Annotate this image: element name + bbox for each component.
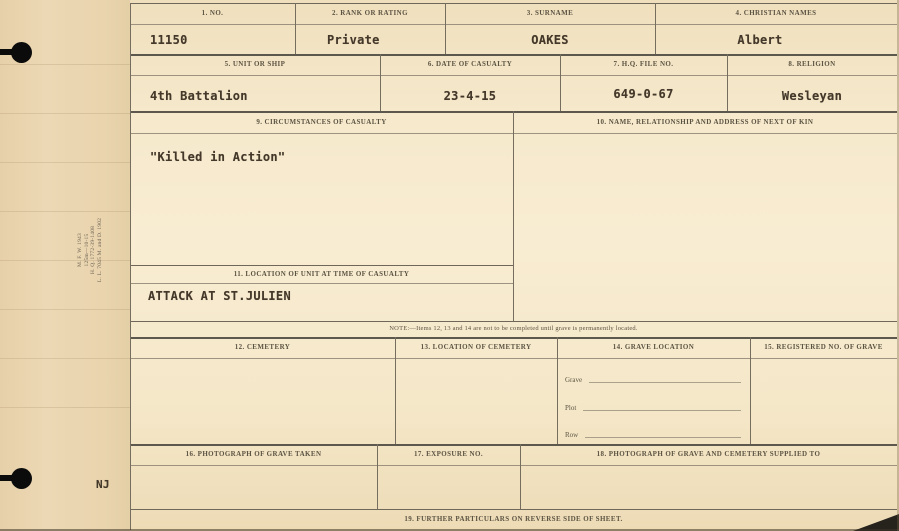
field-religion-label: 8. RELIGION bbox=[727, 60, 897, 68]
rule bbox=[130, 465, 897, 466]
rule bbox=[130, 265, 513, 266]
completion-note: NOTE:—Items 12, 13 and 14 are not to be … bbox=[130, 325, 897, 332]
rule bbox=[130, 444, 897, 446]
field-circumstances-label: 9. CIRCUMSTANCES OF CASUALTY bbox=[130, 118, 513, 126]
field-cemetery-location-label: 13. LOCATION OF CEMETERY bbox=[395, 343, 557, 351]
field-religion-value: Wesleyan bbox=[727, 89, 897, 103]
punch-hole-bottom bbox=[11, 468, 32, 489]
rule bbox=[130, 75, 897, 76]
field-unit-location-value: ATTACK AT ST.JULIEN bbox=[148, 289, 291, 303]
scan-artifact-line bbox=[0, 407, 131, 408]
field-christian-names-label: 4. CHRISTIAN NAMES bbox=[655, 9, 897, 17]
grave-fill-line bbox=[589, 382, 741, 383]
plot-fill-line bbox=[583, 410, 741, 411]
scanned-card: M. F. W. 1943 125m—10-15 H. Q. 1772-39-1… bbox=[0, 0, 899, 531]
scan-artifact-line bbox=[0, 309, 131, 310]
field-registered-no-label: 15. REGISTERED NO. OF GRAVE bbox=[750, 343, 897, 351]
scan-artifact-line bbox=[0, 64, 131, 65]
field-date-of-casualty-value: 23-4-15 bbox=[380, 89, 560, 103]
field-photo-taken-label: 16. PHOTOGRAPH OF GRAVE TAKEN bbox=[130, 450, 377, 458]
row-fill-line bbox=[585, 437, 741, 438]
form-code-line: L. L. 7045 M. and D. 1902 bbox=[97, 200, 104, 300]
footer-line: 19. FURTHER PARTICULARS ON REVERSE SIDE … bbox=[130, 515, 897, 523]
field-surname-value: OAKES bbox=[445, 33, 655, 47]
field-rank-value: Private bbox=[327, 33, 380, 47]
scan-artifact-line bbox=[0, 113, 131, 114]
field-circumstances-value: "Killed in Action" bbox=[150, 150, 285, 164]
rule bbox=[130, 54, 897, 56]
rule bbox=[130, 509, 897, 510]
field-unit-value: 4th Battalion bbox=[150, 89, 248, 103]
rule bbox=[130, 24, 897, 25]
field-no-value: 11150 bbox=[150, 33, 188, 47]
rule bbox=[130, 283, 513, 284]
field-hq-file-no-value: 649-0-67 bbox=[560, 87, 727, 101]
rule bbox=[395, 337, 396, 444]
punch-hole-top bbox=[11, 42, 32, 63]
scan-artifact-line bbox=[0, 358, 131, 359]
field-photo-supplied-label: 18. PHOTOGRAPH OF GRAVE AND CEMETERY SUP… bbox=[520, 450, 897, 458]
field-next-of-kin-label: 10. NAME, RELATIONSHIP AND ADDRESS OF NE… bbox=[513, 118, 897, 126]
scan-artifact-line bbox=[0, 162, 131, 163]
rule bbox=[557, 337, 558, 444]
grave-line-label: Grave bbox=[565, 376, 582, 384]
row-line-label: Row bbox=[565, 431, 578, 439]
rule bbox=[130, 321, 897, 322]
rule bbox=[750, 337, 751, 444]
rule bbox=[513, 111, 514, 321]
field-unit-location-label: 11. LOCATION OF UNIT AT TIME OF CASUALTY bbox=[130, 270, 513, 278]
field-grave-location-label: 14. GRAVE LOCATION bbox=[557, 343, 750, 351]
field-exposure-no-label: 17. EXPOSURE NO. bbox=[377, 450, 520, 458]
field-christian-names-value: Albert bbox=[655, 33, 865, 47]
field-unit-label: 5. UNIT OR SHIP bbox=[130, 60, 380, 68]
plot-line-label: Plot bbox=[565, 404, 576, 412]
field-cemetery-label: 12. CEMETERY bbox=[130, 343, 395, 351]
rule bbox=[130, 337, 897, 339]
field-date-of-casualty-label: 6. DATE OF CASUALTY bbox=[380, 60, 560, 68]
field-surname-label: 3. SURNAME bbox=[445, 9, 655, 17]
rule bbox=[130, 358, 897, 359]
rule bbox=[130, 3, 897, 4]
margin-annotation: NJ bbox=[96, 478, 110, 491]
form-code-stamp: M. F. W. 1943 125m—10-15 H. Q. 1772-39-1… bbox=[77, 200, 151, 300]
field-no-label: 1. NO. bbox=[130, 9, 295, 17]
field-rank-label: 2. RANK OR RATING bbox=[295, 9, 445, 17]
field-hq-file-no-label: 7. H.Q. FILE NO. bbox=[560, 60, 727, 68]
